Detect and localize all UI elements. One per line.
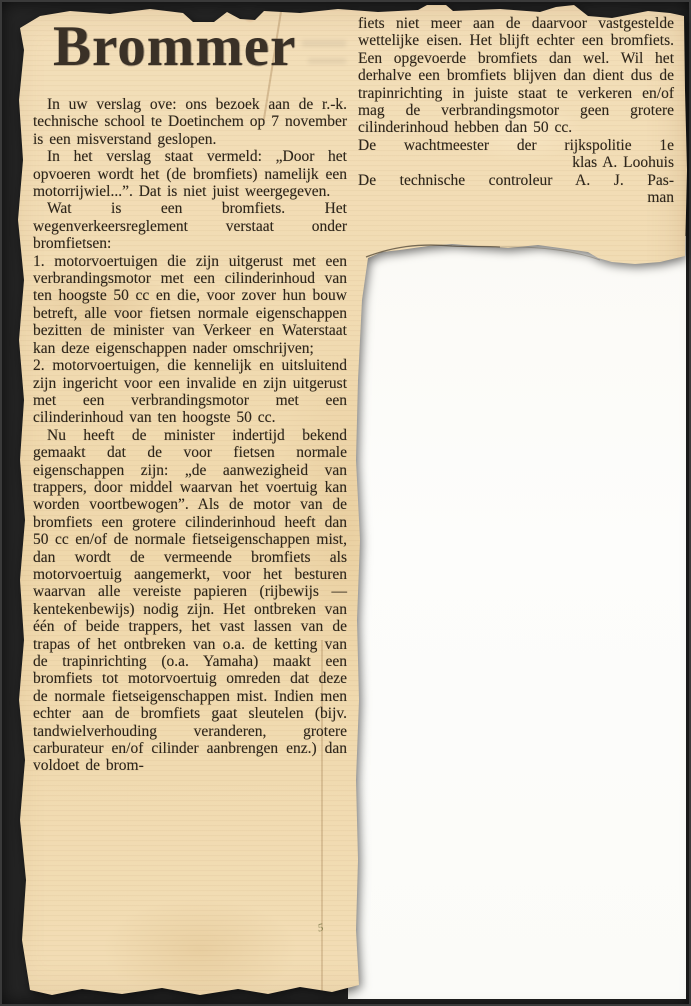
numbered-paragraph: 2. motorvoertuigen, die kennelijk en uit… [33, 357, 347, 427]
numbered-paragraph: 1. motorvoertuigen die zijn uitgerust me… [33, 253, 347, 357]
signature-line: De technische controleur A. J. Pas- [358, 172, 674, 189]
paragraph: In het verslag staat vermeld: „Door het … [33, 148, 347, 200]
right-column: fiets niet meer aan de daarvoor vastgest… [358, 15, 674, 206]
ink-bleedthrough-smudge [308, 58, 346, 64]
signature-line: man [358, 189, 674, 206]
signature-line: De wachtmeester der rijkspolitie 1e [358, 137, 674, 154]
scanned-newspaper-clipping: Brommer In uw verslag ove: ons bezoek aa… [0, 0, 691, 1006]
signature-block: De wachtmeester der rijkspolitie 1e klas… [358, 137, 674, 207]
paragraph: In uw verslag ove: ons bezoek aan de r.-… [33, 96, 347, 148]
paragraph: Wat is een bromfiets. Het wegenverkeersr… [33, 200, 347, 252]
paper-surface: Brommer In uw verslag ove: ons bezoek aa… [0, 0, 691, 1006]
pencil-mark: 5 [317, 922, 325, 935]
left-column: In uw verslag ove: ons bezoek aan de r.-… [33, 96, 347, 775]
signature-line: klas A. Loohuis [358, 154, 674, 171]
paragraph: fiets niet meer aan de daarvoor vastgest… [358, 15, 674, 137]
paragraph: Nu heeft de minister indertijd bekend ge… [33, 427, 347, 775]
ink-bleedthrough-smudge [302, 40, 346, 47]
headline: Brommer [53, 18, 296, 75]
ink-bleedthrough-smudge [120, 2, 210, 7]
newspaper-clipping-paper: Brommer In uw verslag ove: ons bezoek aa… [0, 0, 691, 1006]
